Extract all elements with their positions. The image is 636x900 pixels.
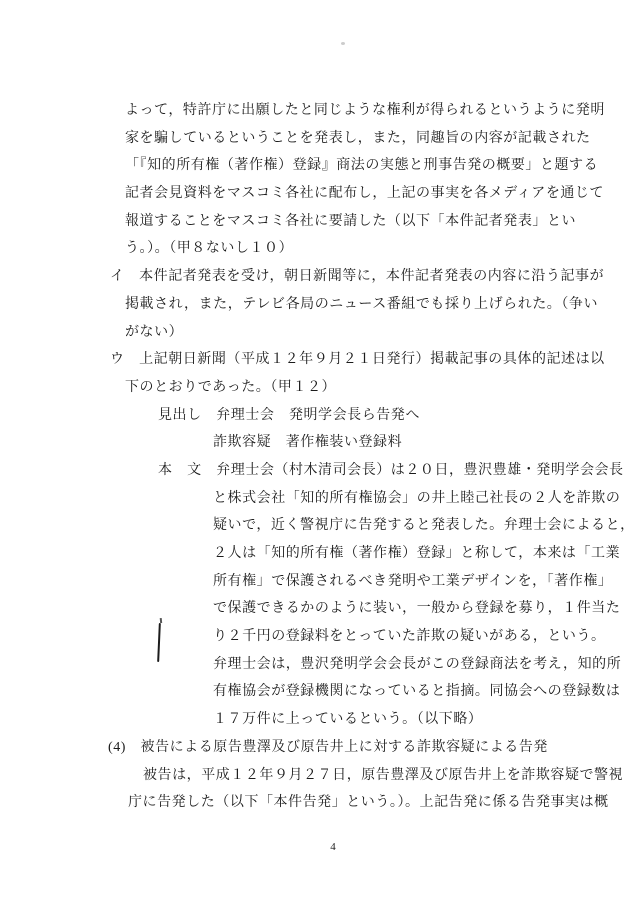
text-line-item-i: イ 本件記者発表を受け，朝日新聞等に，本件記者発表の内容に沿う記事が	[0, 263, 636, 291]
text-line: で保護できるかのように装い，一般から登録を募り，１件当た	[0, 595, 636, 623]
text-line: 家を騙しているということを発表し，また，同趣旨の内容が記載された	[0, 125, 636, 153]
text-line: う。）。（甲８ないし１０）	[0, 235, 636, 263]
document-body: よって，特許庁に出願したと同じような権利が得られるというように発明 家を騙してい…	[0, 97, 636, 817]
text-line: 詐欺容疑 著作権装い登録料	[0, 429, 636, 457]
paper-speck	[341, 42, 345, 45]
text-line: 「『知的所有権（著作権）登録』商法の実態と刑事告発の概要」と題する	[0, 152, 636, 180]
text-line-headline-label: 見出し 弁理士会 発明学会長ら告発へ	[0, 402, 636, 430]
text-line: 被告は，平成１２年９月２７日，原告豊澤及び原告井上を詐欺容疑で警視	[0, 762, 636, 790]
text-line: り２千円の登録料をとっていた詐欺の疑いがある，という。	[0, 623, 636, 651]
text-line-body-label: 本 文 弁理士会（村木清司会長）は２０日，豊沢豊雄・発明学会会長	[0, 457, 636, 485]
text-line: 報道することをマスコミ各社に要請した（以下「本件記者発表」とい	[0, 208, 636, 236]
text-line: 所有権」で保護されるべき発明や工業デザインを，「著作権」	[0, 568, 636, 596]
text-line: 弁理士会は，豊沢発明学会会長がこの登録商法を考え，知的所	[0, 651, 636, 679]
page-number: 4	[0, 841, 636, 853]
text-line: 掲載され，また，テレビ各局のニュース番組でも採り上げられた。（争い	[0, 291, 636, 319]
text-line: よって，特許庁に出願したと同じような権利が得られるというように発明	[0, 97, 636, 125]
text-line: 庁に告発した（以下「本件告発」という。）。上記告発に係る告発事実は概	[0, 789, 636, 817]
text-line: １７万件に上っているという。（以下略）	[0, 706, 636, 734]
text-line-item-u: ウ 上記朝日新聞（平成１２年９月２１日発行）掲載記事の具体的記述は以	[0, 346, 636, 374]
text-line: 記者会見資料をマスコミ各社に配布し，上記の事実を各メディアを通じて	[0, 180, 636, 208]
text-line: がない）	[0, 319, 636, 347]
text-line: ２人は「知的所有権（著作権）登録」と称して，本来は「工業	[0, 540, 636, 568]
document-page: よって，特許庁に出願したと同じような権利が得られるというように発明 家を騙してい…	[0, 0, 636, 900]
text-line: 有権協会が登録機関になっていると指摘。同協会への登録数は	[0, 678, 636, 706]
text-line: 下のとおりであった。（甲１２）	[0, 374, 636, 402]
text-line: 疑いで，近く警視庁に告発すると発表した。弁理士会によると，	[0, 512, 636, 540]
text-line-item-4: (4) 被告による原告豊澤及び原告井上に対する詐欺容疑による告発	[0, 734, 636, 762]
text-line: と株式会社「知的所有権協会」の井上睦己社長の２人を詐欺の	[0, 485, 636, 513]
